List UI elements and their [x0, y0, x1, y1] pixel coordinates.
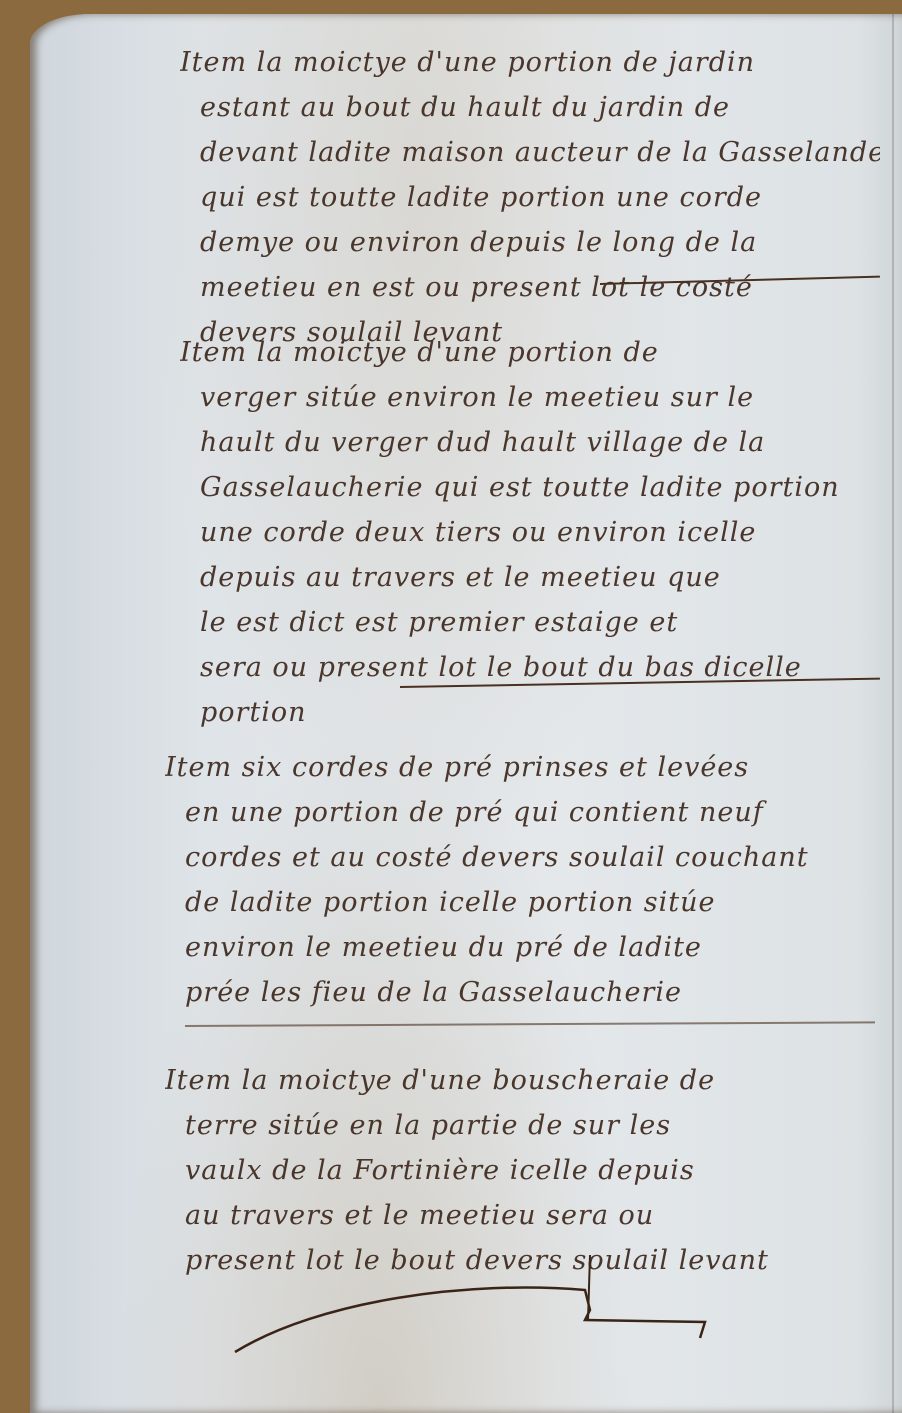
- register-entry-4: Item la moictye d'une bouscheraie de ter…: [165, 1058, 865, 1283]
- register-entry-3: Item six cordes de pré prinses et levées…: [165, 745, 865, 1015]
- entry-line: devant ladite maison aucteur de la Gasse…: [180, 130, 880, 175]
- register-entry-1: Item la moictye d'une portion de jardin …: [180, 40, 880, 355]
- entry-line: qui est toutte ladite portion une corde: [180, 175, 880, 220]
- entry-line: prée les fieu de la Gasselaucherie: [165, 970, 865, 1015]
- entry-line: Item six cordes de pré prinses et levées: [165, 745, 865, 790]
- register-entry-2: Item la moictye d'une portion de verger …: [180, 330, 880, 735]
- entry-line: Item la moictye d'une portion de: [180, 330, 880, 375]
- entry-line: en une portion de pré qui contient neuf: [165, 790, 865, 835]
- entry-line: cordes et au costé devers soulail coucha…: [165, 835, 865, 880]
- entry-line: de ladite portion icelle portion sitúe: [165, 880, 865, 925]
- entry-line: une corde deux tiers ou environ icelle: [180, 510, 880, 555]
- entry-line: environ le meetieu du pré de ladite: [165, 925, 865, 970]
- entry-line: Item la moictye d'une bouscheraie de: [165, 1058, 865, 1103]
- entry-line: au travers et le meetieu sera ou: [165, 1193, 865, 1238]
- entry-line: verger sitúe environ le meetieu sur le: [180, 375, 880, 420]
- entry-line: terre sitúe en la partie de sur les: [165, 1103, 865, 1148]
- entry-line: vaulx de la Fortinière icelle depuis: [165, 1148, 865, 1193]
- entry-line: Gasselaucherie qui est toutte ladite por…: [180, 465, 880, 510]
- entry-line: portion: [180, 690, 880, 735]
- entry-line: depuis au travers et le meetieu que: [180, 555, 880, 600]
- entry-line: le est dict est premier estaige et: [180, 600, 880, 645]
- page-fold-edge: [892, 14, 894, 1413]
- entry-line: demye ou environ depuis le long de la: [180, 220, 880, 265]
- entry-line: Item la moictye d'une portion de jardin: [180, 40, 880, 85]
- entry-line: present lot le bout devers soulail levan…: [165, 1238, 865, 1283]
- entry-line: meetieu en est ou present lot le costé: [180, 265, 880, 310]
- entry-line: estant au bout du hault du jardin de: [180, 85, 880, 130]
- entry-line: hault du verger dud hault village de la: [180, 420, 880, 465]
